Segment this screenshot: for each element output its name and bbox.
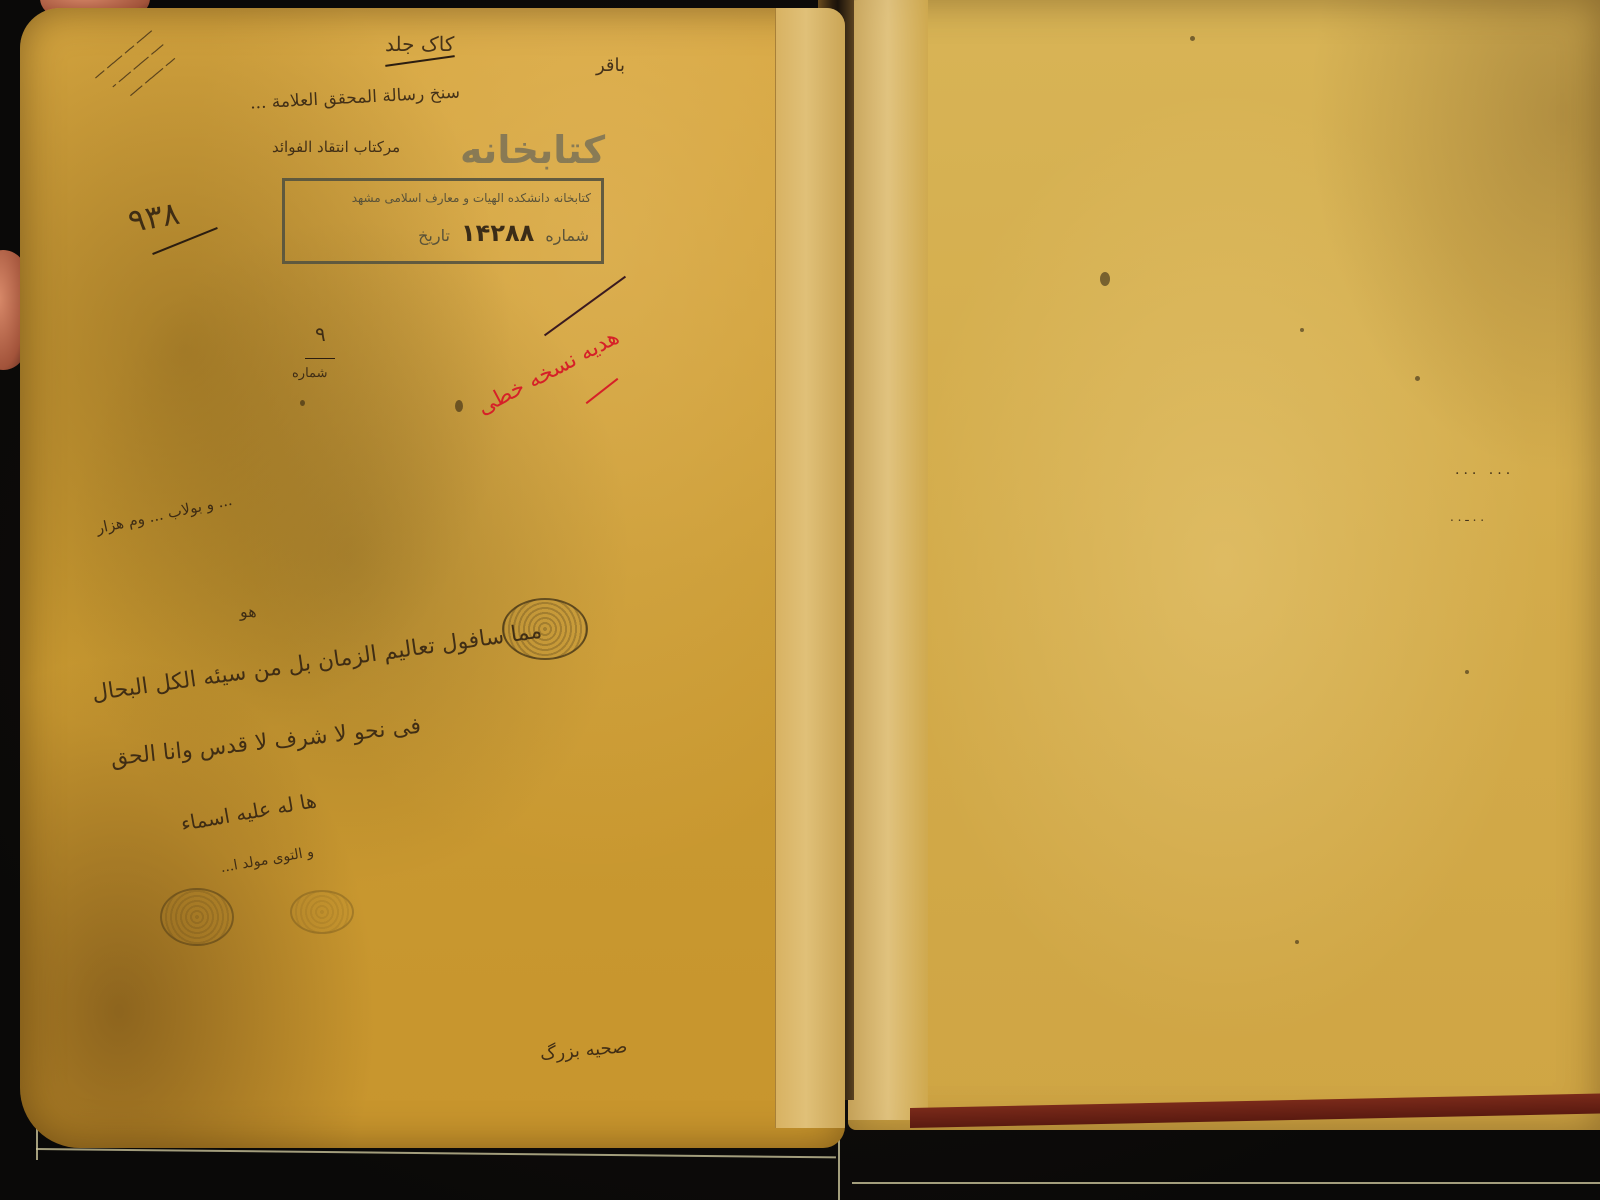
- stain-speck: [300, 400, 305, 406]
- right-margin-marks: ... ...: [1455, 462, 1514, 478]
- right-page-gutter: [848, 0, 928, 1120]
- stain-speck: [1465, 670, 1469, 674]
- fraction-bar: [305, 358, 335, 359]
- right-margin-marks-2: . . ـ . .: [1450, 510, 1484, 524]
- stain-speck: [455, 400, 463, 412]
- owner-seal: [160, 888, 234, 946]
- stain-speck: [1300, 328, 1304, 332]
- stamp-date-label: تاریخ: [418, 226, 450, 245]
- manuscript-photo: کاک جلد باقر سنخ رسالة المحقق العلامة ..…: [0, 0, 1600, 1200]
- stain-speck: [1190, 36, 1195, 41]
- title-note-line2: مركتاب انتقاد الفوائد: [272, 138, 400, 156]
- stamp-institution: کتابخانه دانشکده الهیات و معارف اسلامی م…: [352, 191, 591, 205]
- verse-heading: هو: [240, 602, 257, 621]
- corner-mark: باقر: [596, 55, 625, 76]
- mat-border-bottom-right: [852, 1182, 1600, 1184]
- library-header-stamp: کتابخانه: [460, 128, 605, 172]
- owner-seal: [290, 890, 354, 934]
- stain-speck: [1100, 272, 1110, 286]
- right-page: [848, 0, 1600, 1130]
- mat-border-bottom: [36, 1148, 836, 1158]
- top-heading: کاک جلد: [385, 32, 454, 56]
- stain-speck: [1295, 940, 1299, 944]
- stain-speck: [1415, 376, 1420, 381]
- fraction-numerator: ۹: [315, 322, 326, 346]
- owner-seal: [502, 598, 588, 660]
- fraction-label: شماره: [292, 366, 327, 381]
- library-stamp: کتابخانه دانشکده الهیات و معارف اسلامی م…: [282, 178, 604, 264]
- left-page-gutter: [775, 8, 845, 1128]
- stamp-number-label: شماره: [545, 226, 589, 245]
- stamp-number-value: ۱۴۲۸۸: [461, 219, 534, 247]
- stamp-number-row: شماره ۱۴۲۸۸ تاریخ: [418, 219, 589, 247]
